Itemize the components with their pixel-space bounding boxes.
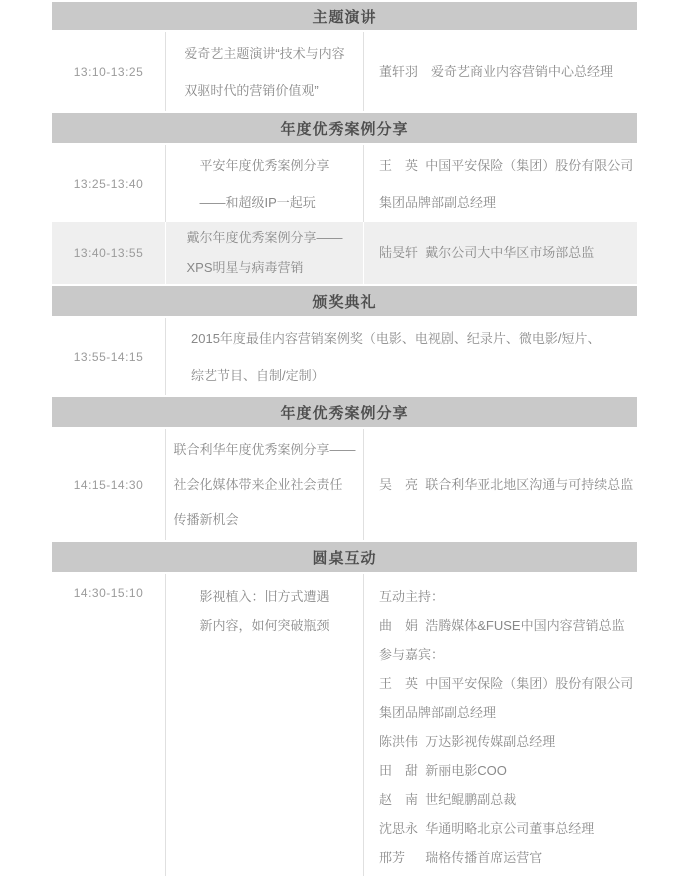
participant-line: 参与嘉宾： bbox=[379, 640, 633, 669]
section-title: 颁奖典礼 bbox=[312, 291, 376, 312]
participant-line: 田 甜 新丽电影COO bbox=[379, 756, 633, 785]
time-cell: 14:30-15:10 bbox=[52, 574, 165, 876]
section-header-keynote: 主题演讲 bbox=[52, 2, 637, 32]
time-cell: 14:15-14:30 bbox=[52, 429, 165, 540]
speaker-line: 陆旻轩 戴尔公司大中华区市场部总监 bbox=[379, 238, 594, 268]
participant-line: 曲 娟 浩腾媒体&FUSE中国内容营销总监 bbox=[379, 611, 633, 640]
section-header-roundtable: 圆桌互动 bbox=[52, 540, 637, 574]
speaker-line: 吴 亮 联合利华亚北地区沟通与可持续总监 bbox=[379, 467, 633, 502]
speaker-cell: 王 英 中国平安保险（集团）股份有限公司 集团品牌部副总经理 bbox=[363, 145, 637, 222]
participant-line: 邢芳 瑞格传播首席运营官 bbox=[379, 843, 633, 872]
topic-line: XPS明星与病毒营销 bbox=[186, 253, 342, 283]
topic-line: 联合利华年度优秀案例分享—— bbox=[173, 432, 355, 467]
participant-line: 赵 南 世纪鲲鹏副总裁 bbox=[379, 785, 633, 814]
speaker-line: 集团品牌部副总经理 bbox=[379, 184, 633, 221]
topic-cell: 联合利华年度优秀案例分享—— 社会化媒体带来企业社会责任 传播新机会 bbox=[165, 429, 363, 540]
section-header-cases-1: 年度优秀案例分享 bbox=[52, 111, 637, 145]
section-title: 年度优秀案例分享 bbox=[280, 118, 408, 139]
topic-line: ——和超级IP一起玩 bbox=[199, 184, 329, 221]
award-description-cell: 2015年度最佳内容营销案例奖（电影、电视剧、纪录片、微电影/短片、 综艺节目、… bbox=[165, 318, 637, 395]
topic-cell: 影视植入：旧方式遭遇 新内容，如何突破瓶颈 bbox=[165, 574, 363, 876]
time-cell: 13:10-13:25 bbox=[52, 32, 165, 111]
participant-line: 王 英 中国平安保险（集团）股份有限公司 bbox=[379, 669, 633, 698]
speaker-line: 王 英 中国平安保险（集团）股份有限公司 bbox=[379, 147, 633, 184]
speaker-cell: 吴 亮 联合利华亚北地区沟通与可持续总监 bbox=[363, 429, 637, 540]
speaker-cell: 董轩羽 爱奇艺商业内容营销中心总经理 bbox=[363, 32, 637, 111]
award-line: 综艺节目、自制/定制） bbox=[191, 357, 601, 394]
topic-line: 戴尔年度优秀案例分享—— bbox=[186, 223, 342, 253]
roundtable-participants-cell: 互动主持： 曲 娟 浩腾媒体&FUSE中国内容营销总监 参与嘉宾： 王 英 中国… bbox=[363, 574, 637, 876]
agenda-row-1430: 14:30-15:10 影视植入：旧方式遭遇 新内容，如何突破瓶颈 互动主持： … bbox=[52, 574, 637, 876]
topic-line: 爱奇艺主题演讲“技术与内容 bbox=[184, 35, 344, 72]
page: { "colors": { "band_bg": "#c9c9c9", "ban… bbox=[0, 0, 691, 876]
topic-line: 传播新机会 bbox=[173, 502, 355, 537]
topic-cell: 平安年度优秀案例分享 ——和超级IP一起玩 bbox=[165, 145, 363, 222]
section-header-awards: 颁奖典礼 bbox=[52, 284, 637, 318]
section-title: 圆桌互动 bbox=[312, 547, 376, 568]
time-cell: 13:40-13:55 bbox=[52, 222, 165, 284]
agenda-row-1325: 13:25-13:40 平安年度优秀案例分享 ——和超级IP一起玩 王 英 中国… bbox=[52, 145, 637, 222]
agenda-row-1340: 13:40-13:55 戴尔年度优秀案例分享—— XPS明星与病毒营销 陆旻轩 … bbox=[52, 222, 637, 284]
section-title: 年度优秀案例分享 bbox=[280, 402, 408, 423]
topic-cell: 戴尔年度优秀案例分享—— XPS明星与病毒营销 bbox=[165, 222, 363, 284]
participant-line: 互动主持： bbox=[379, 582, 633, 611]
speaker-cell: 陆旻轩 戴尔公司大中华区市场部总监 bbox=[363, 222, 637, 284]
time-cell: 13:25-13:40 bbox=[52, 145, 165, 222]
agenda-row-1310: 13:10-13:25 爱奇艺主题演讲“技术与内容 双驱时代的营销价值观” 董轩… bbox=[52, 32, 637, 111]
section-title: 主题演讲 bbox=[312, 6, 376, 27]
speaker-line: 董轩羽 爱奇艺商业内容营销中心总经理 bbox=[379, 53, 613, 90]
topic-line: 双驱时代的营销价值观” bbox=[184, 72, 344, 109]
agenda-row-1355: 13:55-14:15 2015年度最佳内容营销案例奖（电影、电视剧、纪录片、微… bbox=[52, 318, 637, 395]
section-header-cases-2: 年度优秀案例分享 bbox=[52, 395, 637, 429]
participant-line: 集团品牌部副总经理 bbox=[379, 698, 633, 727]
participant-line: 陈洪伟 万达影视传媒副总经理 bbox=[379, 727, 633, 756]
time-cell: 13:55-14:15 bbox=[52, 318, 165, 395]
topic-cell: 爱奇艺主题演讲“技术与内容 双驱时代的营销价值观” bbox=[165, 32, 363, 111]
participant-line: 沈思永 华通明略北京公司董事总经理 bbox=[379, 814, 633, 843]
topic-line: 平安年度优秀案例分享 bbox=[199, 147, 329, 184]
agenda-row-1415: 14:15-14:30 联合利华年度优秀案例分享—— 社会化媒体带来企业社会责任… bbox=[52, 429, 637, 540]
award-line: 2015年度最佳内容营销案例奖（电影、电视剧、纪录片、微电影/短片、 bbox=[191, 320, 601, 357]
agenda-table: 主题演讲 13:10-13:25 爱奇艺主题演讲“技术与内容 双驱时代的营销价值… bbox=[52, 2, 637, 876]
topic-line: 新内容，如何突破瓶颈 bbox=[199, 611, 329, 640]
topic-line: 影视植入：旧方式遭遇 bbox=[199, 582, 329, 611]
topic-line: 社会化媒体带来企业社会责任 bbox=[173, 467, 355, 502]
